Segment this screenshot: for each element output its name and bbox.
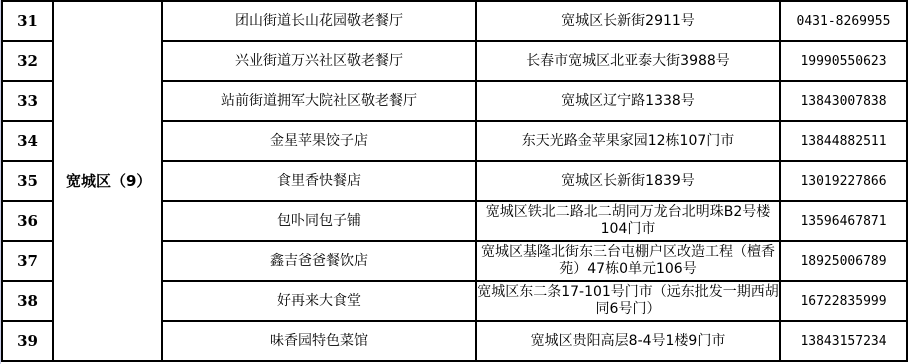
row-number: 31 [2, 1, 53, 41]
row-number: 38 [2, 281, 53, 321]
row-number: 35 [2, 161, 53, 201]
row-number: 34 [2, 121, 53, 161]
restaurant-name: 鑫吉爸爸餐饮店 [162, 241, 476, 281]
restaurant-phone: 18925006789 [780, 241, 907, 281]
restaurant-address: 长春市宽城区北亚泰大街3988号 [476, 41, 780, 81]
row-number: 39 [2, 321, 53, 361]
table-row: 31 宽城区（9） 团山街道长山花园敬老餐厅 宽城区长新街2911号 0431-… [2, 1, 907, 41]
restaurant-phone: 13843157234 [780, 321, 907, 361]
restaurant-address: 宽城区辽宁路1338号 [476, 81, 780, 121]
row-number: 37 [2, 241, 53, 281]
restaurant-phone: 13019227866 [780, 161, 907, 201]
restaurant-name: 包卟同包子铺 [162, 201, 476, 241]
restaurant-name: 味香园特色菜馆 [162, 321, 476, 361]
restaurant-phone: 16722835999 [780, 281, 907, 321]
restaurant-phone: 13844882511 [780, 121, 907, 161]
restaurant-address: 东天光路金苹果家园12栋107门市 [476, 121, 780, 161]
restaurant-table: 31 宽城区（9） 团山街道长山花园敬老餐厅 宽城区长新街2911号 0431-… [1, 0, 908, 362]
restaurant-phone: 0431-8269955 [780, 1, 907, 41]
restaurant-phone: 19990550623 [780, 41, 907, 81]
restaurant-address: 宽城区贵阳高层8-4号1楼9门市 [476, 321, 780, 361]
district-cell: 宽城区（9） [53, 1, 162, 361]
restaurant-name: 食里香快餐店 [162, 161, 476, 201]
restaurant-address: 宽城区基隆北街东三台屯棚户区改造工程（檀香苑）47栋0单元106号 [476, 241, 780, 281]
restaurant-name: 金星苹果饺子店 [162, 121, 476, 161]
restaurant-name: 团山街道长山花园敬老餐厅 [162, 1, 476, 41]
row-number: 32 [2, 41, 53, 81]
restaurant-name: 好再来大食堂 [162, 281, 476, 321]
row-number: 33 [2, 81, 53, 121]
restaurant-address: 宽城区铁北二路北二胡同万龙台北明珠B2号楼104门市 [476, 201, 780, 241]
row-number: 36 [2, 201, 53, 241]
restaurant-name: 站前街道拥军大院社区敬老餐厅 [162, 81, 476, 121]
restaurant-address: 宽城区东二条17-101号门市（远东批发一期西胡同6号门） [476, 281, 780, 321]
restaurant-name: 兴业街道万兴社区敬老餐厅 [162, 41, 476, 81]
restaurant-address: 宽城区长新街2911号 [476, 1, 780, 41]
restaurant-phone: 13596467871 [780, 201, 907, 241]
restaurant-address: 宽城区长新街1839号 [476, 161, 780, 201]
restaurant-phone: 13843007838 [780, 81, 907, 121]
